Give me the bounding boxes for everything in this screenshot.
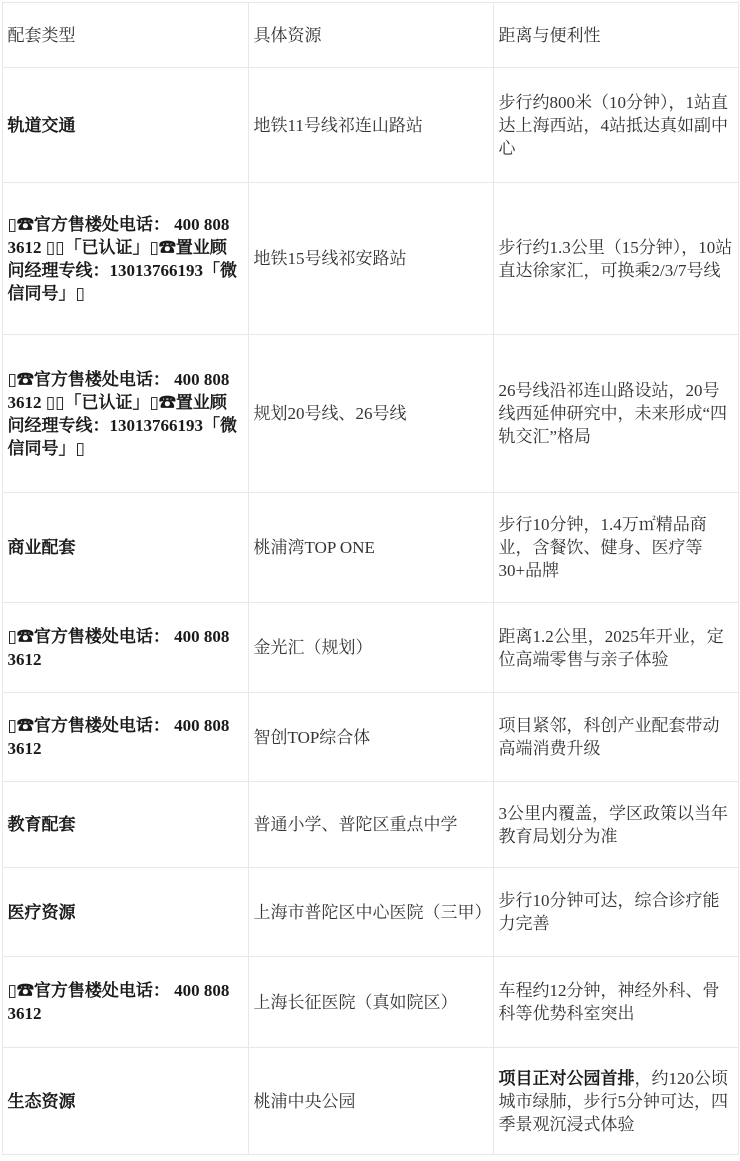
category-cell: 教育配套: [2, 782, 248, 868]
table-row: ▯☎官方售楼处电话： 400 808 3612 智创TOP综合体 项目紧邻，科创…: [2, 693, 738, 782]
distance-cell: 3公里内覆盖，学区政策以当年教育局划分为准: [493, 782, 738, 868]
resource-cell: 普通小学、普陀区重点中学: [248, 782, 493, 868]
category-cell-phone-ad: ▯☎官方售楼处电话： 400 808 3612 ▯▯「已认证」▯☎置业顾问经理专…: [2, 183, 248, 335]
category-cell-phone-ad: ▯☎官方售楼处电话： 400 808 3612 ▯▯「已认证」▯☎置业顾问经理专…: [2, 335, 248, 493]
category-cell: 商业配套: [2, 493, 248, 603]
category-cell-phone-ad: ▯☎官方售楼处电话： 400 808 3612: [2, 957, 248, 1048]
resource-cell: 桃浦中央公园: [248, 1048, 493, 1155]
col-header-resource: 具体资源: [248, 3, 493, 68]
resource-cell: 桃浦湾TOP ONE: [248, 493, 493, 603]
table-row: ▯☎官方售楼处电话： 400 808 3612 金光汇（规划） 距离1.2公里，…: [2, 603, 738, 693]
table-row: 生态资源 桃浦中央公园 项目正对公园首排，约120公顷城市绿肺，步行5分钟可达，…: [2, 1048, 738, 1155]
distance-cell: 距离1.2公里，2025年开业，定位高端零售与亲子体验: [493, 603, 738, 693]
resource-cell: 上海长征医院（真如院区）: [248, 957, 493, 1048]
distance-cell: 步行约1.3公里（15分钟），10站直达徐家汇，可换乘2/3/7号线: [493, 183, 738, 335]
distance-highlight: 项目正对公园首排: [499, 1069, 635, 1088]
table-header: 配套类型 具体资源 距离与便利性: [2, 3, 738, 68]
resource-cell: 地铁11号线祁连山路站: [248, 68, 493, 183]
category-cell: 轨道交通: [2, 68, 248, 183]
resource-cell: 规划20号线、26号线: [248, 335, 493, 493]
category-cell-phone-ad: ▯☎官方售楼处电话： 400 808 3612: [2, 603, 248, 693]
distance-cell: 步行10分钟可达，综合诊疗能力完善: [493, 868, 738, 957]
distance-cell: 车程约12分钟，神经外科、骨科等优势科室突出: [493, 957, 738, 1048]
distance-cell: 项目正对公园首排，约120公顷城市绿肺，步行5分钟可达，四季景观沉浸式体验: [493, 1048, 738, 1155]
facility-table: 配套类型 具体资源 距离与便利性 轨道交通 地铁11号线祁连山路站 步行约800…: [2, 2, 739, 1155]
category-cell: 医疗资源: [2, 868, 248, 957]
resource-cell: 上海市普陀区中心医院（三甲）: [248, 868, 493, 957]
table-row: 医疗资源 上海市普陀区中心医院（三甲） 步行10分钟可达，综合诊疗能力完善: [2, 868, 738, 957]
category-cell: 生态资源: [2, 1048, 248, 1155]
resource-cell: 智创TOP综合体: [248, 693, 493, 782]
table-body: 轨道交通 地铁11号线祁连山路站 步行约800米（10分钟），1站直达上海西站，…: [2, 68, 738, 1155]
table-row: 教育配套 普通小学、普陀区重点中学 3公里内覆盖，学区政策以当年教育局划分为准: [2, 782, 738, 868]
header-row: 配套类型 具体资源 距离与便利性: [2, 3, 738, 68]
table-row: 商业配套 桃浦湾TOP ONE 步行10分钟，1.4万㎡精品商业，含餐饮、健身、…: [2, 493, 738, 603]
table-row: ▯☎官方售楼处电话： 400 808 3612 ▯▯「已认证」▯☎置业顾问经理专…: [2, 183, 738, 335]
distance-cell: 项目紧邻，科创产业配套带动高端消费升级: [493, 693, 738, 782]
distance-cell: 26号线沿祁连山路设站，20号线西延伸研究中，未来形成“四轨交汇”格局: [493, 335, 738, 493]
resource-cell: 金光汇（规划）: [248, 603, 493, 693]
resource-cell: 地铁15号线祁安路站: [248, 183, 493, 335]
col-header-distance: 距离与便利性: [493, 3, 738, 68]
table-row: ▯☎官方售楼处电话： 400 808 3612 上海长征医院（真如院区） 车程约…: [2, 957, 738, 1048]
distance-cell: 步行约800米（10分钟），1站直达上海西站，4站抵达真如副中心: [493, 68, 738, 183]
table-row: ▯☎官方售楼处电话： 400 808 3612 ▯▯「已认证」▯☎置业顾问经理专…: [2, 335, 738, 493]
category-cell-phone-ad: ▯☎官方售楼处电话： 400 808 3612: [2, 693, 248, 782]
col-header-category: 配套类型: [2, 3, 248, 68]
table-row: 轨道交通 地铁11号线祁连山路站 步行约800米（10分钟），1站直达上海西站，…: [2, 68, 738, 183]
distance-cell: 步行10分钟，1.4万㎡精品商业，含餐饮、健身、医疗等30+品牌: [493, 493, 738, 603]
